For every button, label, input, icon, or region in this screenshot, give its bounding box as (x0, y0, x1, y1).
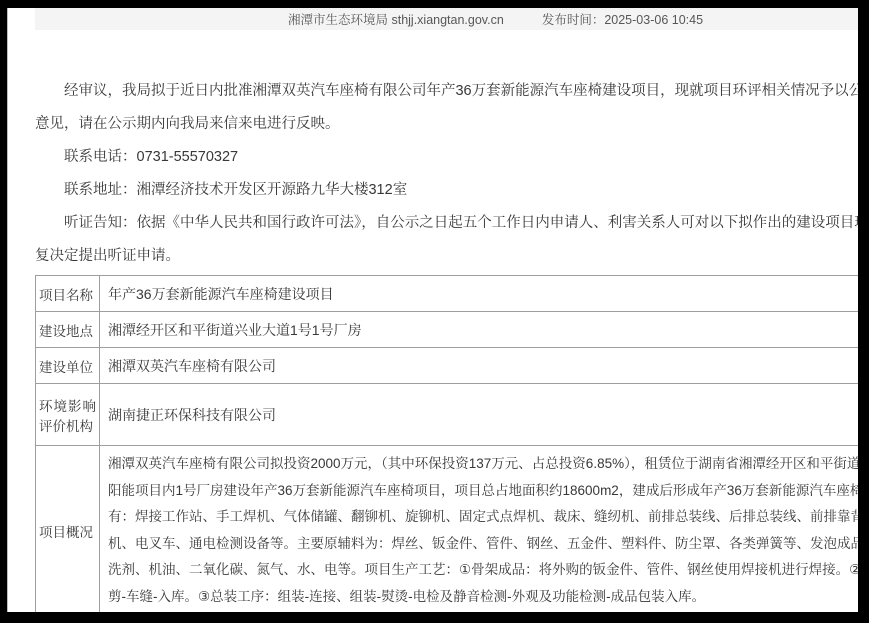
paragraph-approval-notice: 经审议，我局拟于近日内批准湘潭双英汽车座椅有限公司年产36万套新能源汽车座椅建设… (35, 75, 858, 141)
table-row-eia-agency: 环境影响评价机构 湖南捷正环保科技有限公司 (36, 384, 859, 446)
table-row-construction-site: 建设地点 湘潭经开区和平街道兴业大道1号1号厂房 (36, 312, 859, 348)
row-label: 项目名称 (36, 276, 100, 312)
project-info-table: 项目名称 年产36万套新能源汽车座椅建设项目 建设地点 湘潭经开区和平街道兴业大… (35, 275, 858, 612)
table-row-project-overview: 项目概况 湘潭双英汽车座椅有限公司拟投资2000万元，（其中环保投资137万元、… (36, 446, 859, 613)
paragraph-contact-phone: 联系电话：0731-55570327 (35, 141, 858, 174)
source-name: 湘潭市生态环境局 sthjj.xiangtan.gov.cn (288, 10, 504, 28)
row-value: 年产36万套新能源汽车座椅建设项目 (100, 276, 859, 312)
paragraph-contact-address: 联系地址：湘潭经济技术开发区开源路九华大楼312室 (35, 174, 858, 207)
row-label: 环境影响评价机构 (36, 384, 100, 446)
publish-time: 2025-03-06 10:45 (604, 13, 703, 27)
publish-label: 发布时间： (542, 13, 605, 27)
row-value: 湘潭经开区和平街道兴业大道1号1号厂房 (100, 312, 859, 348)
row-value: 湘潭双英汽车座椅有限公司 (100, 348, 859, 384)
paragraph-hearing-notice: 听证告知：依据《中华人民共和国行政许可法》，自公示之日起五个工作日内申请人、利害… (35, 207, 858, 273)
row-label: 项目概况 (36, 446, 100, 613)
row-label: 建设地点 (36, 312, 100, 348)
table-row-project-name: 项目名称 年产36万套新能源汽车座椅建设项目 (36, 276, 859, 312)
notice-body: 经审议，我局拟于近日内批准湘潭双英汽车座椅有限公司年产36万套新能源汽车座椅建设… (35, 75, 858, 612)
table-row-construction-unit: 建设单位 湘潭双英汽车座椅有限公司 (36, 348, 859, 384)
row-value: 湘潭双英汽车座椅有限公司拟投资2000万元，（其中环保投资137万元、占总投资6… (100, 446, 859, 613)
source-bar: 湘潭市生态环境局 sthjj.xiangtan.gov.cn 发布时间：2025… (35, 8, 858, 30)
row-value: 湖南捷正环保科技有限公司 (100, 384, 859, 446)
publish-info: 发布时间：2025-03-06 10:45 (542, 10, 703, 28)
row-label: 建设单位 (36, 348, 100, 384)
document-page: 湘潭市生态环境局 sthjj.xiangtan.gov.cn 发布时间：2025… (7, 8, 858, 612)
